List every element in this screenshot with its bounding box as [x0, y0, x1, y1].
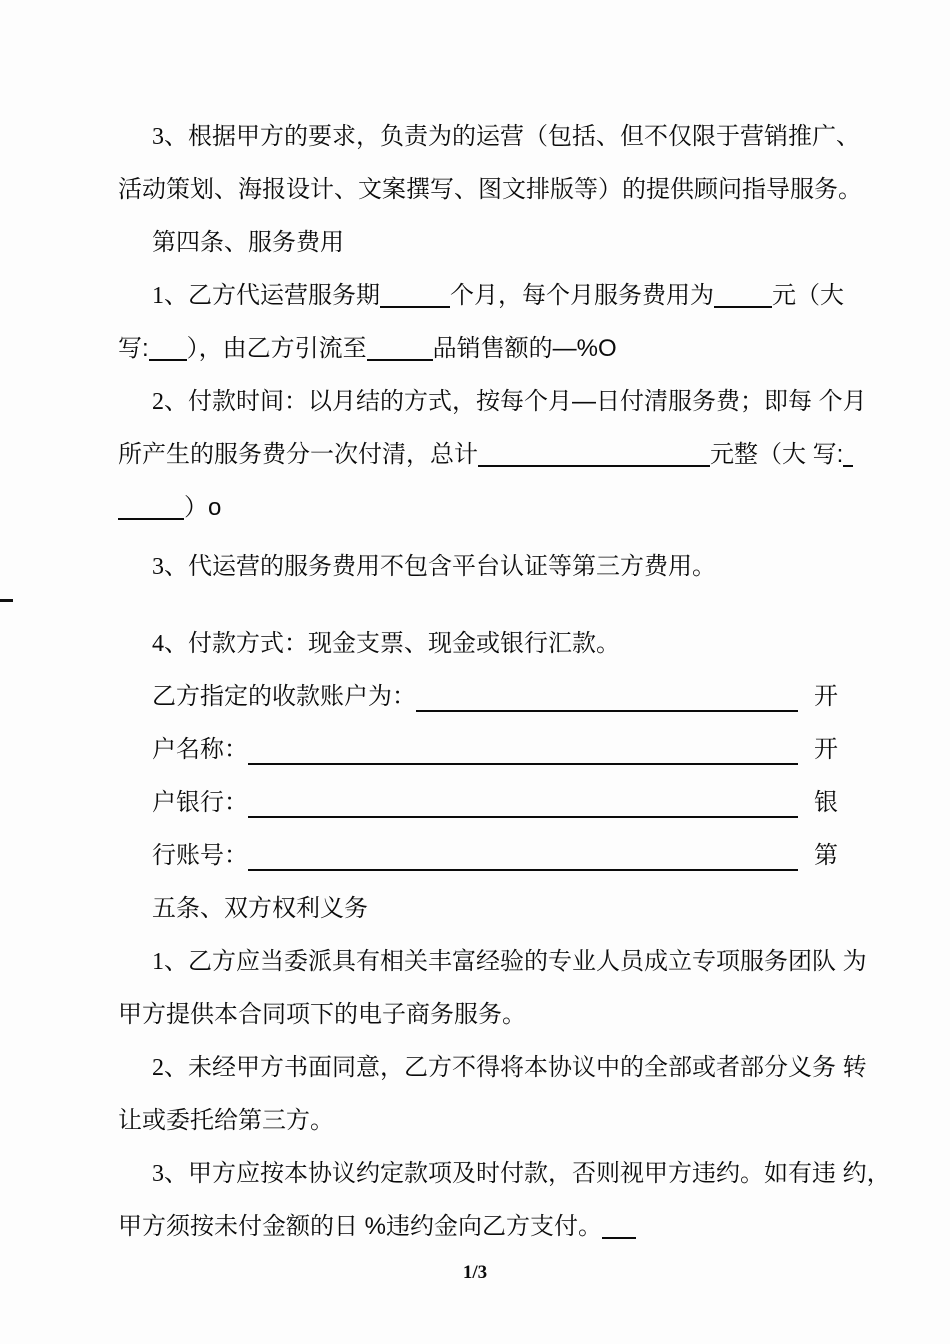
- text-run: 未经甲方书面同意，乙方不得将本协议中的全部或者部分义务 转: [188, 1054, 867, 1081]
- blank-underline: [367, 359, 433, 361]
- text-run: 元（大: [772, 282, 844, 309]
- document-line: 2、付款时间：以月结的方式，按每个月—日付清服务费；即每 个月: [118, 375, 838, 428]
- text-run: 根据甲方的要求，负责为的运营（包括、但不仅限于营销推广、: [188, 123, 860, 150]
- text-run: 开: [814, 670, 838, 723]
- text-run: 让或委托给第三方。: [118, 1107, 334, 1134]
- text-run: 乙方应当委派具有相关丰富经验的专业人员成立专项服务团队 为: [188, 948, 867, 975]
- text-run: ），由乙方引流至: [187, 335, 367, 362]
- document-line: 3、代运营的服务费用不包含平台认证等第三方费用。: [118, 540, 838, 593]
- list-number: 4、: [152, 631, 188, 657]
- document-line: 1、乙方代运营服务期个月，每个月服务费用为元（大: [118, 269, 838, 322]
- blank-underline: [149, 359, 187, 361]
- blank-underline: [714, 306, 772, 308]
- page-number: 1/3: [0, 1262, 950, 1284]
- blank-underline: [248, 816, 798, 818]
- text-run: 活动策划、海报设计、文案撰写、图文排版等）的提供顾问指导服务。: [118, 176, 862, 203]
- list-number: 3、: [152, 554, 188, 580]
- text-run: 写:: [118, 335, 149, 362]
- text-run: 乙方指定的收款账户为：: [152, 670, 416, 723]
- text-run: 甲方提供本合同项下的电子商务服务。: [118, 1001, 526, 1028]
- blank-underline: [602, 1237, 636, 1239]
- document-body: 3、根据甲方的要求，负责为的运营（包括、但不仅限于营销推广、活动策划、海报设计、…: [118, 110, 838, 1253]
- list-number: 1、: [152, 283, 188, 309]
- text-run: 所产生的服务费分一次付清，总计: [118, 441, 478, 468]
- document-line: 4、付款方式：现金支票、现金或银行汇款。: [118, 617, 838, 670]
- blank-underline: [380, 306, 450, 308]
- document-line: 3、甲方应按本协议约定款项及时付款，否则视甲方违约。如有违 约，: [118, 1147, 838, 1200]
- text-run: 甲方须按未付金额的日 %违约金向乙方支付。: [118, 1213, 602, 1240]
- document-page: 3、根据甲方的要求，负责为的运营（包括、但不仅限于营销推广、活动策划、海报设计、…: [0, 0, 950, 1344]
- document-line: 五条、双方权利义务: [118, 882, 838, 935]
- document-line: 乙方指定的收款账户为：开: [118, 670, 838, 723]
- list-number: 3、: [152, 124, 188, 150]
- list-number: 3、: [152, 1161, 188, 1187]
- blank-underline: [478, 465, 710, 467]
- document-line: 甲方提供本合同项下的电子商务服务。: [118, 988, 838, 1041]
- text-run: 开: [814, 723, 838, 776]
- text-run: 五条、双方权利义务: [152, 895, 368, 922]
- document-line: 行账号：第: [118, 829, 838, 882]
- document-line: 户银行：银: [118, 776, 838, 829]
- text-run: 户银行：: [152, 776, 248, 829]
- document-line: 甲方须按未付金额的日 %违约金向乙方支付。: [118, 1200, 838, 1253]
- blank-underline: [416, 710, 798, 712]
- text-run: 元整（大 写:: [710, 441, 843, 468]
- text-run: 付款方式：现金支票、现金或银行汇款。: [188, 630, 620, 657]
- text-run: 品销售额的—%O: [433, 335, 617, 362]
- blank-underline: [248, 869, 798, 871]
- document-line: 写:），由乙方引流至品销售额的—%O: [118, 322, 838, 375]
- text-run: 付款时间：以月结的方式，按每个月—日付清服务费；即每 个月: [188, 388, 867, 415]
- blank-underline: [843, 465, 853, 467]
- text-run: 第: [814, 829, 838, 882]
- blank-underline: [118, 518, 184, 520]
- document-line: 3、根据甲方的要求，负责为的运营（包括、但不仅限于营销推广、: [118, 110, 838, 163]
- text-run: ）o: [184, 494, 221, 521]
- document-line: 所产生的服务费分一次付清，总计元整（大 写:: [118, 428, 838, 481]
- document-line: 2、未经甲方书面同意，乙方不得将本协议中的全部或者部分义务 转: [118, 1041, 838, 1094]
- list-number: 1、: [152, 949, 188, 975]
- text-run: 户名称：: [152, 723, 248, 776]
- text-run: 第四条、服务费用: [152, 229, 344, 256]
- text-run: 银: [814, 776, 838, 829]
- text-run: 行账号：: [152, 829, 248, 882]
- document-line: 户名称：开: [118, 723, 838, 776]
- text-run: 代运营的服务费用不包含平台认证等第三方费用。: [188, 553, 716, 580]
- blank-underline: [248, 763, 798, 765]
- text-run: 乙方代运营服务期: [188, 282, 380, 309]
- list-number: 2、: [152, 389, 188, 415]
- text-run: 甲方应按本协议约定款项及时付款，否则视甲方违约。如有违 约，: [188, 1160, 891, 1187]
- document-line: 让或委托给第三方。: [118, 1094, 838, 1147]
- document-line: 第四条、服务费用: [118, 216, 838, 269]
- document-line: 1、乙方应当委派具有相关丰富经验的专业人员成立专项服务团队 为: [118, 935, 838, 988]
- margin-mark: [0, 599, 13, 602]
- list-number: 2、: [152, 1055, 188, 1081]
- document-line: ）o: [118, 481, 838, 534]
- text-run: 个月，每个月服务费用为: [450, 282, 714, 309]
- document-line: 活动策划、海报设计、文案撰写、图文排版等）的提供顾问指导服务。: [118, 163, 838, 216]
